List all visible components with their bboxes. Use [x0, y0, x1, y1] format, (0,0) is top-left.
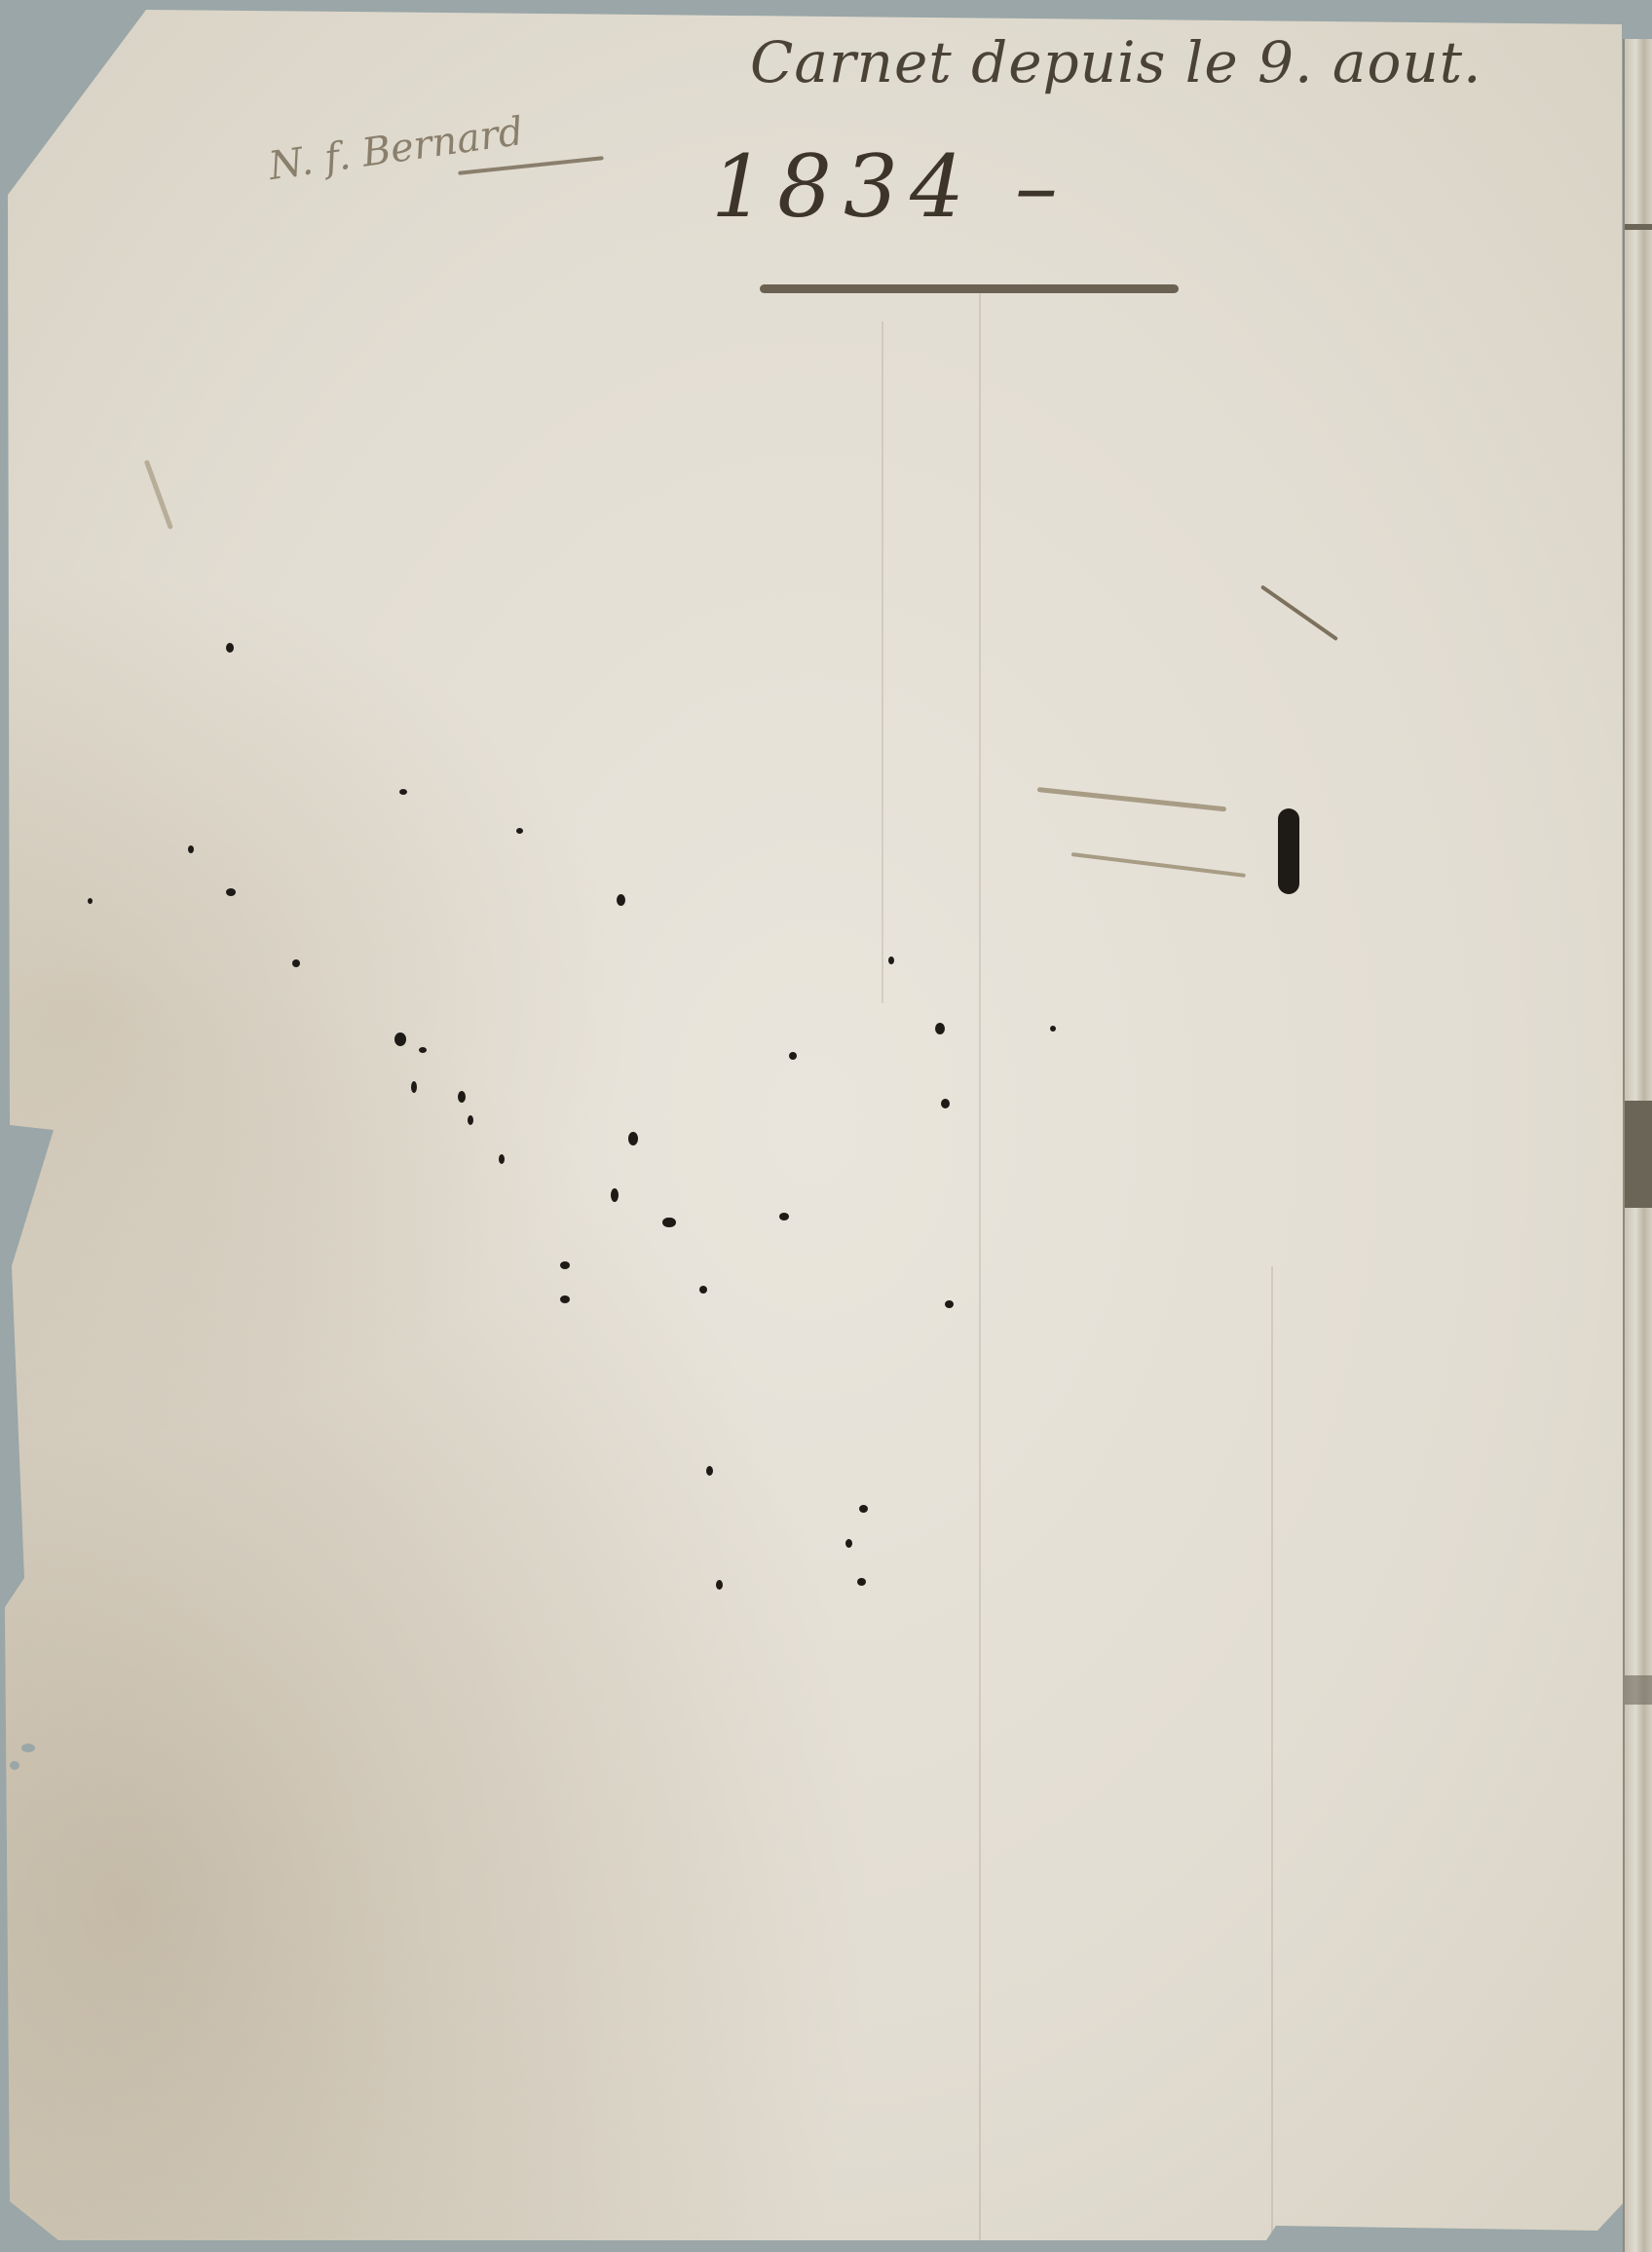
ink-fleck — [941, 1099, 950, 1108]
ink-fleck — [516, 828, 523, 834]
ink-fleck — [458, 1091, 466, 1103]
ink-stroke-mark — [1260, 584, 1338, 641]
ink-fleck — [789, 1052, 797, 1060]
vertical-crease — [979, 292, 981, 2240]
signature: N. f. Bernard — [266, 109, 526, 189]
ink-blot — [1278, 808, 1299, 894]
ink-fleck — [945, 1300, 954, 1308]
ink-fleck — [857, 1578, 866, 1586]
ink-fleck — [716, 1580, 723, 1590]
ink-fleck — [845, 1539, 852, 1548]
ink-fleck — [699, 1286, 707, 1294]
ink-fleck — [292, 959, 300, 967]
ink-fleck — [226, 888, 236, 896]
ink-fleck — [859, 1505, 868, 1513]
paper-hole — [21, 1744, 35, 1752]
ink-fleck — [188, 845, 194, 853]
ink-fleck — [706, 1466, 713, 1476]
ink-fleck — [499, 1154, 505, 1164]
ink-fleck — [779, 1213, 789, 1220]
ink-fleck — [617, 894, 625, 906]
title-underline — [760, 284, 1179, 293]
binding-gap — [1625, 1675, 1652, 1705]
scan-background: N. f. Bernard Carnet depuis le 9. aout. … — [0, 0, 1652, 2252]
notebook-title: Carnet depuis le 9. aout. — [750, 29, 1482, 95]
ink-fleck — [560, 1295, 570, 1303]
binding-gap — [1625, 1101, 1652, 1208]
ink-fleck — [611, 1188, 619, 1202]
notebook-year: 1834 – — [711, 136, 1070, 237]
ink-fleck — [935, 1023, 945, 1034]
ink-fleck — [468, 1115, 473, 1125]
ink-fleck — [88, 898, 93, 904]
ink-fleck — [394, 1032, 406, 1046]
ink-stroke-mark — [1071, 852, 1246, 878]
vertical-crease — [1271, 1266, 1273, 2240]
ink-fleck — [399, 789, 407, 795]
ink-fleck — [419, 1047, 427, 1053]
ink-fleck — [888, 957, 894, 964]
ink-stroke-mark — [144, 460, 173, 530]
ink-fleck — [226, 643, 234, 653]
ink-fleck — [1050, 1026, 1056, 1032]
binding-gap — [1625, 224, 1652, 230]
paper-hole — [10, 1761, 19, 1770]
vertical-crease — [882, 321, 883, 1003]
manuscript-page: N. f. Bernard Carnet depuis le 9. aout. … — [0, 0, 1625, 2240]
ink-fleck — [664, 1218, 676, 1227]
ink-fleck — [560, 1261, 570, 1269]
ink-fleck — [628, 1132, 638, 1145]
ink-stroke-mark — [1037, 787, 1226, 811]
ink-fleck — [411, 1081, 417, 1093]
